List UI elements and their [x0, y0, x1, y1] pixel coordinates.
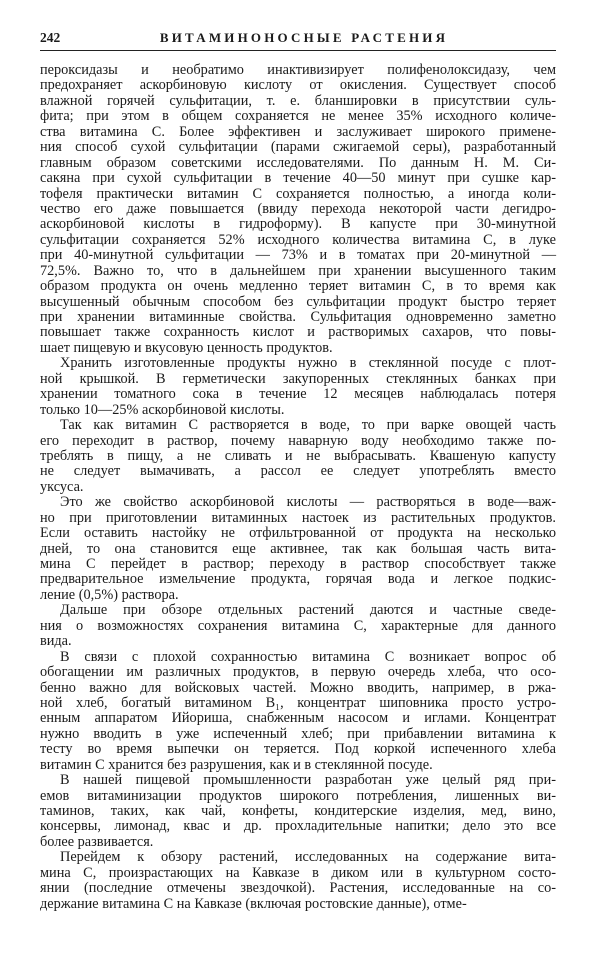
text-line: держание витамина С на Кавказе (включая … [40, 897, 556, 912]
page-body: пероксидазы и необратимо инактивизирует … [40, 63, 556, 912]
text-line: сакяна при сухой сульфитации в течение 4… [40, 171, 556, 186]
text-line: более развивается. [40, 835, 556, 850]
text-line: главным образом советскими исследователя… [40, 156, 556, 171]
text-line: витамин С хранится без разрушения, как и… [40, 758, 556, 773]
paragraph: Хранить изготовленные продукты нужно в с… [40, 356, 556, 418]
book-page: 242 ВИТАМИНОНОСНЫЕ РАСТЕНИЯ пероксидазы … [40, 30, 556, 912]
text-line: 72,5%. Важно то, что в дальнейшем при хр… [40, 264, 556, 279]
text-line: янии (последние отмечены звездочкой). Ра… [40, 881, 556, 896]
text-line: ния способ сухой сульфитации (парами сжи… [40, 140, 556, 155]
text-line: шает пищевую и вкусовую ценность продукт… [40, 341, 556, 356]
text-line: нужно вводить в уже испеченный хлеб; при… [40, 727, 556, 742]
text-line: его переходит в раствор, почему наварную… [40, 434, 556, 449]
text-line: при 40-минутной сульфитации — 73% и в то… [40, 248, 556, 263]
text-line: Это же свойство аскорбиновой кислоты — р… [40, 495, 556, 510]
text-line: треблять в пищу, а не сливать и не выбра… [40, 449, 556, 464]
text-line: вида. [40, 634, 556, 649]
text-line: повышает также сохранность кислот и раст… [40, 325, 556, 340]
text-line: енным аппаратом Ийориша, снабженным насо… [40, 711, 556, 726]
text-line: В нашей пищевой промышленности разработа… [40, 773, 556, 788]
paragraph: Перейдем к обзору растений, исследованны… [40, 850, 556, 912]
text-line: фита; при этом в общем сохраняется не ме… [40, 109, 556, 124]
paragraph: Так как витамин С растворяется в воде, т… [40, 418, 556, 495]
text-line: ной крышкой. В герметически закупоренных… [40, 372, 556, 387]
text-line: В связи с плохой сохранностью витамина С… [40, 650, 556, 665]
text-line: мина С перейдет в раствор; переходу в ра… [40, 557, 556, 572]
text-line: бенно важно для войсковых частей. Можно … [40, 681, 556, 696]
running-title: ВИТАМИНОНОСНЫЕ РАСТЕНИЯ [40, 30, 556, 46]
text-line: образом продукта он очень медленно теряе… [40, 279, 556, 294]
text-line: только 10—25% аскорбиновой кислоты. [40, 403, 556, 418]
text-line: ление (0,5%) раствора. [40, 588, 556, 603]
text-line: Дальше при обзоре отдельных растений даю… [40, 603, 556, 618]
text-line: Так как витамин С растворяется в воде, т… [40, 418, 556, 433]
text-line: но при приготовлении витаминных настоек … [40, 511, 556, 526]
text-line: тесту во время выпечки он теряется. Под … [40, 742, 556, 757]
header-rule [40, 50, 556, 51]
text-line: ства витамина С. Более эффективен и засл… [40, 125, 556, 140]
paragraph: В нашей пищевой промышленности разработа… [40, 773, 556, 850]
text-line: Хранить изготовленные продукты нужно в с… [40, 356, 556, 371]
text-line: ния о возможностях сохранения витамина С… [40, 619, 556, 634]
text-line: Перейдем к обзору растений, исследованны… [40, 850, 556, 865]
text-line: сульфитации сохраняется 52% исходного ко… [40, 233, 556, 248]
paragraph: пероксидазы и необратимо инактивизирует … [40, 63, 556, 356]
text-line: ной хлеб, богатый витамином B₁, концентр… [40, 696, 556, 711]
text-line: Если оставить настойку не отфильтрованно… [40, 526, 556, 541]
text-line: таминов, таких, как чай, конфеты, кондит… [40, 804, 556, 819]
text-line: при хранении витаминные свойства. Сульфи… [40, 310, 556, 325]
text-line: обогащении им различных продуктов, в пер… [40, 665, 556, 680]
text-line: мина С, произрастающих на Кавказе в дико… [40, 866, 556, 881]
text-line: не следует вымачивать, а рассол ее следу… [40, 464, 556, 479]
text-line: дней, то она становится еще активнее, та… [40, 542, 556, 557]
paragraph: Дальше при обзоре отдельных растений даю… [40, 603, 556, 649]
page-header: 242 ВИТАМИНОНОСНЫЕ РАСТЕНИЯ [40, 30, 556, 48]
text-line: уксуса. [40, 480, 556, 495]
text-line: влажной горячей сульфитации, т. е. бланш… [40, 94, 556, 109]
text-line: емов витаминизации продуктов широкого по… [40, 789, 556, 804]
text-line: чество его даже повышается (ввиду перехо… [40, 202, 556, 217]
text-line: тофеля практически витамин С сохраняется… [40, 187, 556, 202]
text-line: предохраняет аскорбиновую кислоту от оки… [40, 78, 556, 93]
text-line: хранении томатного сока в течение 12 мес… [40, 387, 556, 402]
text-line: пероксидазы и необратимо инактивизирует … [40, 63, 556, 78]
paragraph: В связи с плохой сохранностью витамина С… [40, 650, 556, 774]
text-line: аскорбиновой кислоты в гидроформу). В ка… [40, 217, 556, 232]
text-line: консервы, лимонад, квас и др. прохладите… [40, 819, 556, 834]
text-line: высушенный обычным способом без сульфита… [40, 295, 556, 310]
paragraph: Это же свойство аскорбиновой кислоты — р… [40, 495, 556, 603]
text-line: предварительное измельчение продукта, го… [40, 572, 556, 587]
